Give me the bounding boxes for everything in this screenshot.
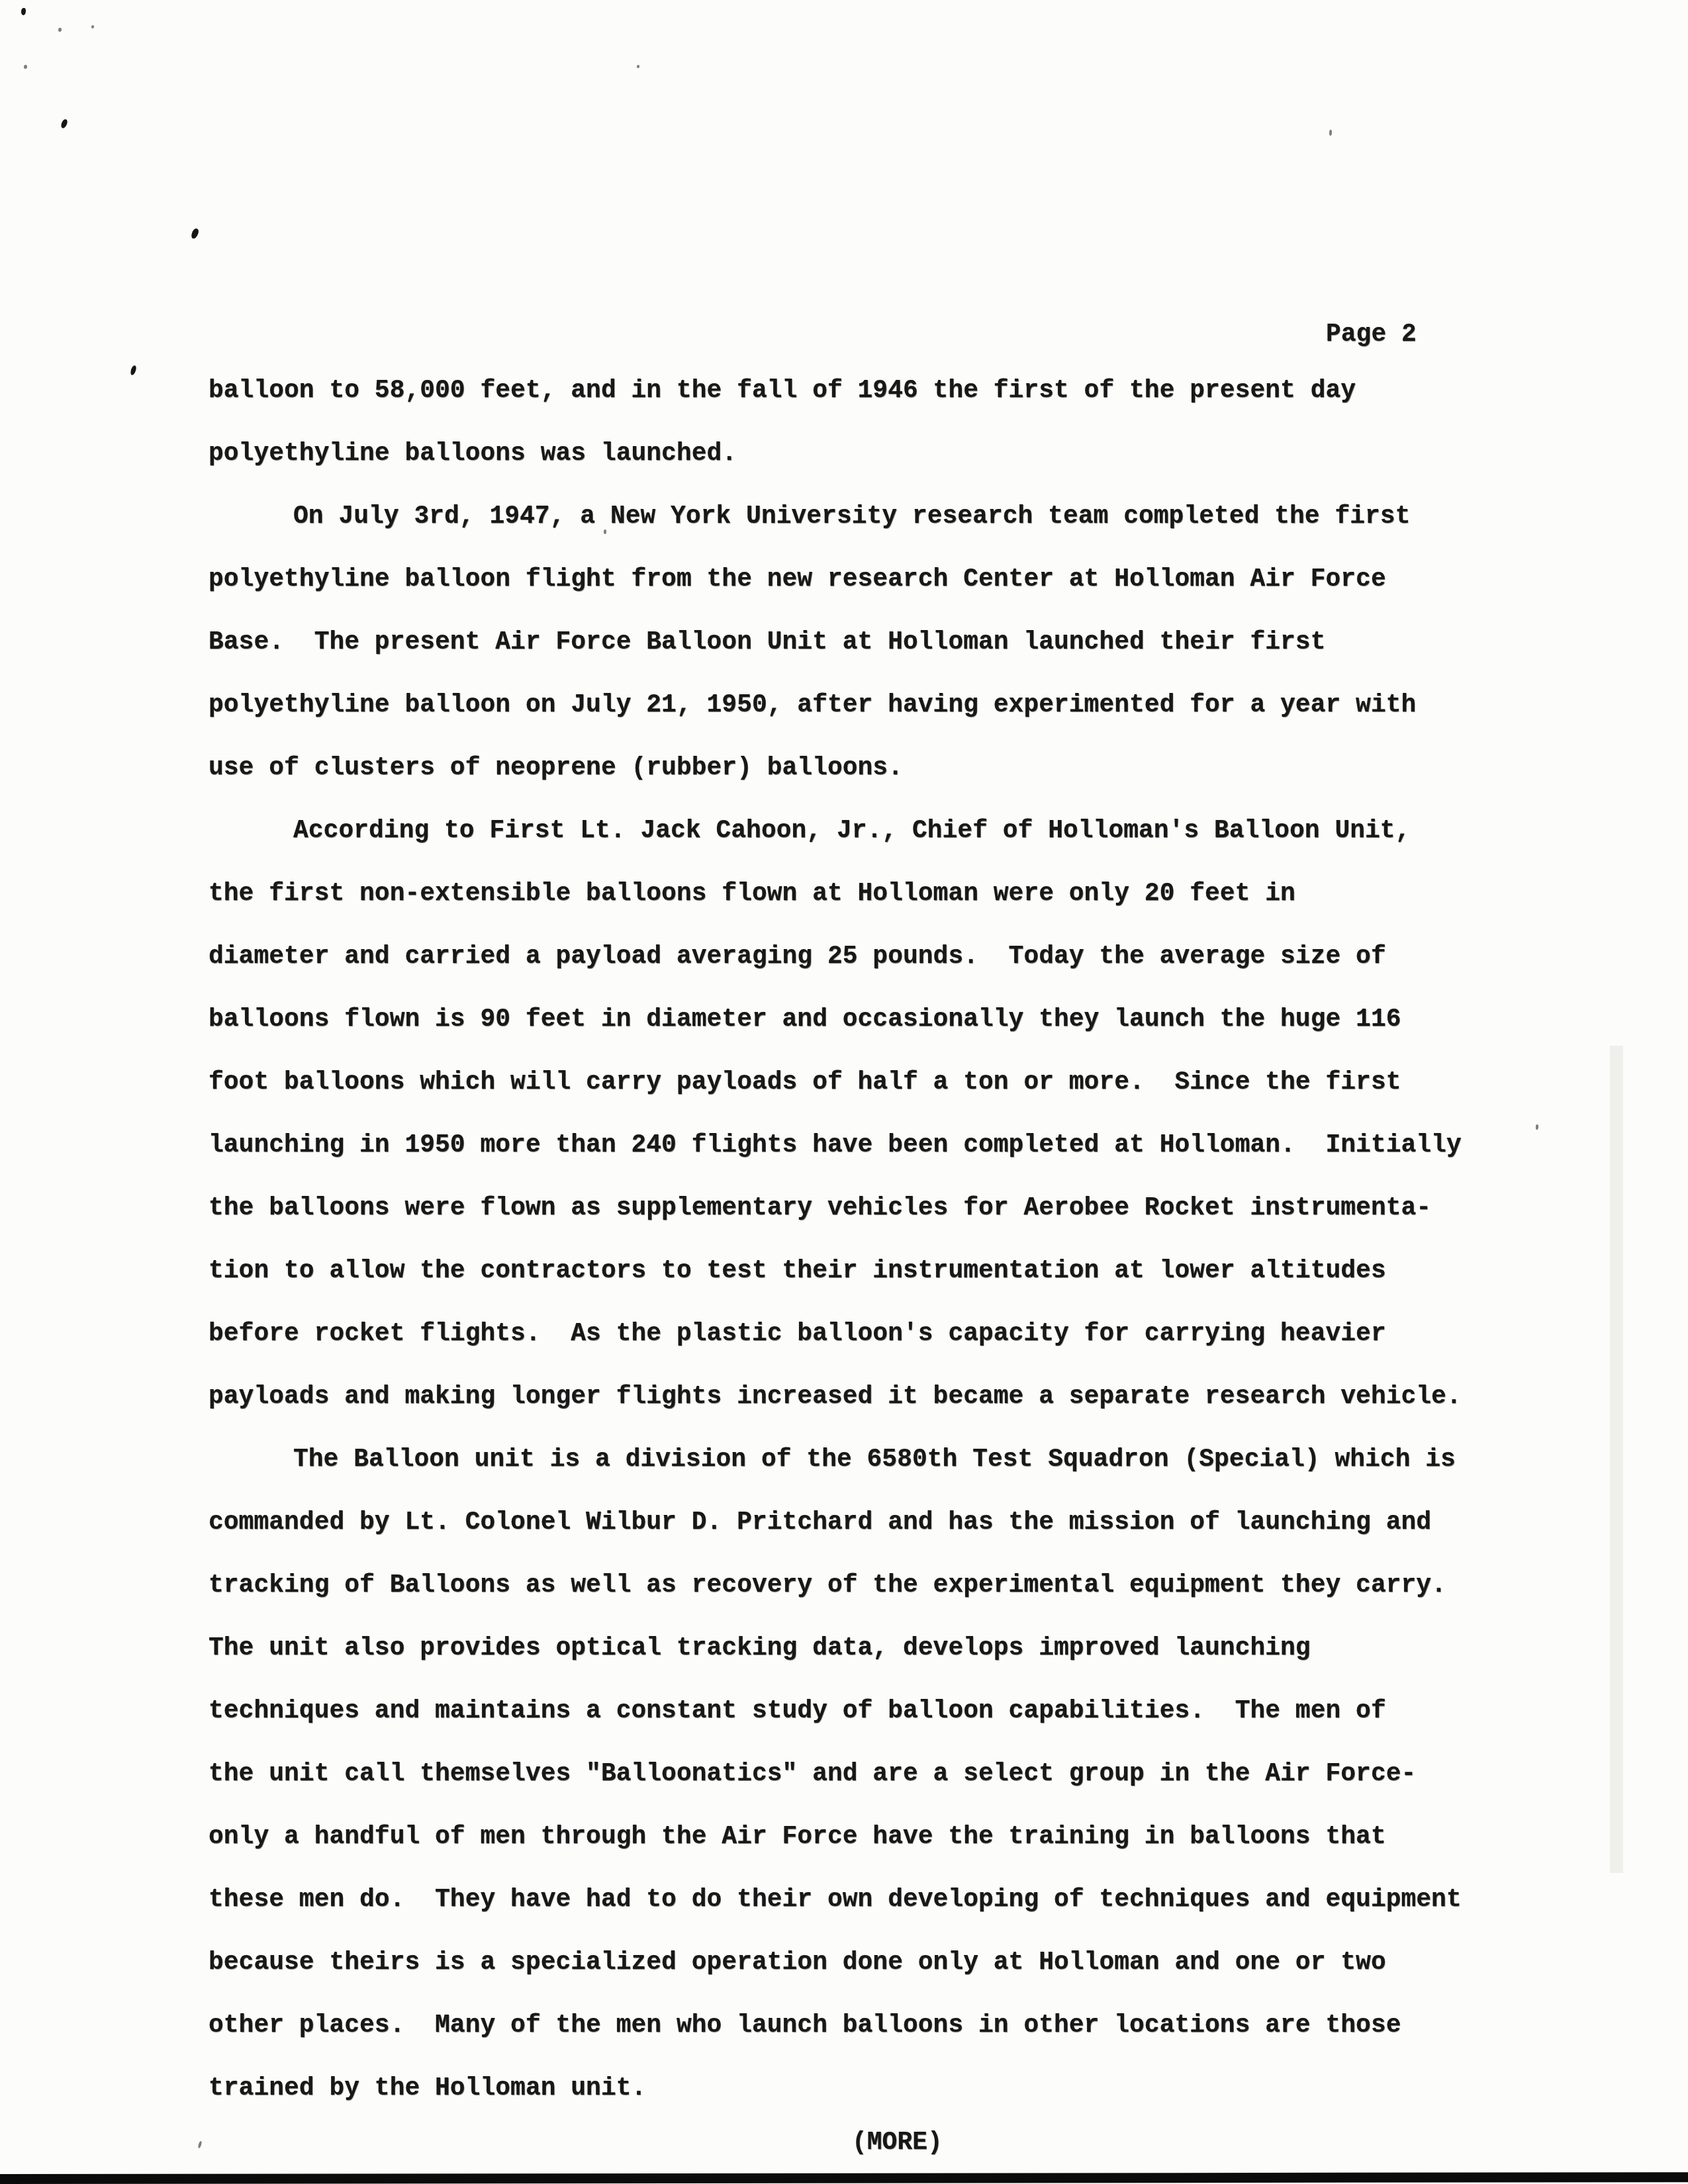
text-line: polyethyline balloon on July 21, 1950, a… <box>209 674 1599 737</box>
scan-speck <box>58 28 62 32</box>
text-line: these men do. They have had to do their … <box>209 1868 1599 1931</box>
text-line: polyethyline balloon flight from the new… <box>209 548 1599 611</box>
text-line: the unit call themselves "Balloonatics" … <box>209 1743 1599 1805</box>
text-line: trained by the Holloman unit. <box>209 2057 1599 2120</box>
scan-speck <box>21 8 26 15</box>
scan-speck <box>198 2141 203 2149</box>
text-line: balloons flown is 90 feet in diameter an… <box>209 988 1599 1051</box>
scan-streak <box>1610 1046 1623 1873</box>
text-line: balloon to 58,000 feet, and in the fall … <box>209 359 1599 422</box>
text-line: Base. The present Air Force Balloon Unit… <box>209 611 1599 674</box>
text-line: because theirs is a specialized operatio… <box>209 1931 1599 1994</box>
text-line: foot balloons which will carry payloads … <box>209 1051 1599 1114</box>
text-line: According to First Lt. Jack Cahoon, Jr.,… <box>209 799 1599 862</box>
scanned-page: Page 2 balloon to 58,000 feet, and in th… <box>0 0 1688 2184</box>
scan-speck <box>1329 130 1332 136</box>
text-line: before rocket flights. As the plastic ba… <box>209 1302 1599 1365</box>
text-line: diameter and carried a payload averaging… <box>209 925 1599 988</box>
bottom-scan-bar <box>0 2172 1688 2184</box>
text-line: the first non-extensible balloons flown … <box>209 862 1599 925</box>
scan-speck <box>637 65 639 68</box>
scan-speck <box>191 228 200 240</box>
text-line: use of clusters of neoprene (rubber) bal… <box>209 737 1599 799</box>
more-footer: (MORE) <box>852 2111 943 2174</box>
text-line: other places. Many of the men who launch… <box>209 1994 1599 2057</box>
text-line: On July 3rd, 1947, a New York University… <box>209 485 1599 548</box>
text-line: launching in 1950 more than 240 flights … <box>209 1114 1599 1177</box>
text-line: commanded by Lt. Colonel Wilbur D. Pritc… <box>209 1491 1599 1554</box>
text-line: tion to allow the contractors to test th… <box>209 1240 1599 1302</box>
scan-speck <box>91 25 94 28</box>
page-number-label: Page 2 <box>1326 303 1417 366</box>
text-block: balloon to 58,000 feet, and in the fall … <box>209 359 1599 2120</box>
text-line: The unit also provides optical tracking … <box>209 1617 1599 1680</box>
text-line: The Balloon unit is a division of the 65… <box>209 1428 1599 1491</box>
scan-speck <box>24 65 27 69</box>
scan-speck <box>130 365 137 375</box>
text-line: payloads and making longer flights incre… <box>209 1365 1599 1428</box>
text-line: the balloons were flown as supplementary… <box>209 1177 1599 1240</box>
text-line: techniques and maintains a constant stud… <box>209 1680 1599 1743</box>
text-line: polyethyline balloons was launched. <box>209 422 1599 485</box>
scan-speck <box>60 118 68 129</box>
text-line: tracking of Balloons as well as recovery… <box>209 1554 1599 1617</box>
text-line: only a handful of men through the Air Fo… <box>209 1805 1599 1868</box>
